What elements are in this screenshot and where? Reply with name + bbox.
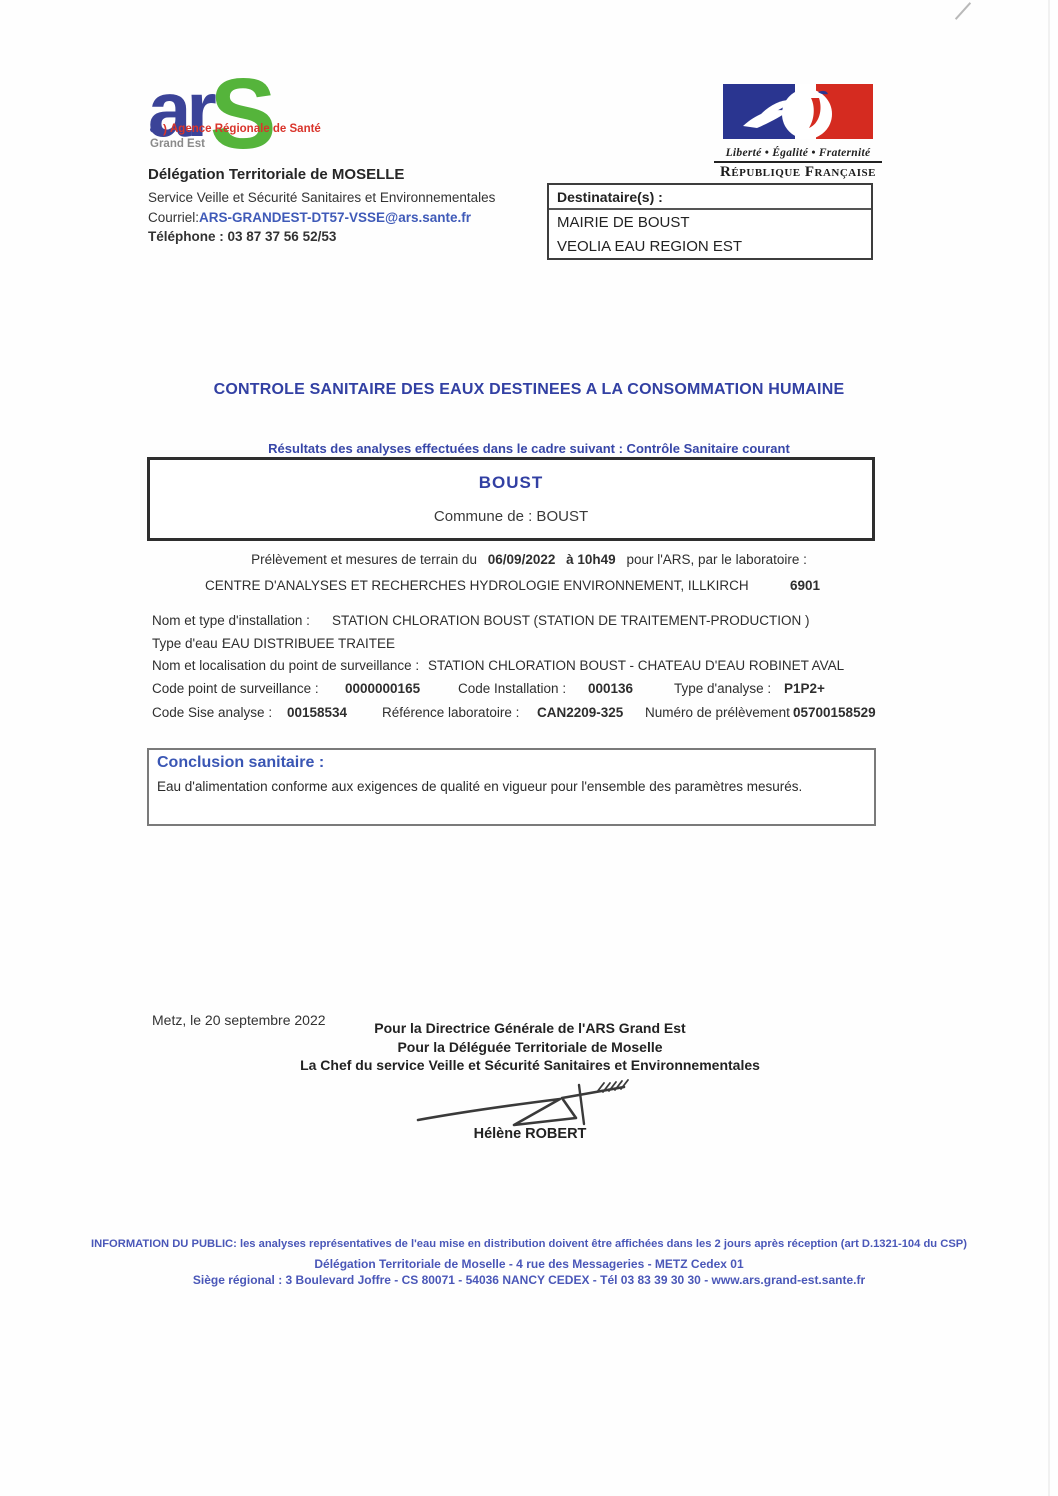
analysis-type-label: Type d'analyse :: [674, 681, 771, 696]
conclusion-text: Eau d'alimentation conforme aux exigence…: [149, 772, 874, 794]
email-label: Courriel:: [148, 210, 199, 225]
footer-address-1: Délégation Territoriale de Moselle - 4 r…: [0, 1257, 1058, 1271]
footer-address-2: Siège régional : 3 Boulevard Joffre - CS…: [0, 1273, 1058, 1287]
document-page: arS ) Agence Régionale de Santé Grand Es…: [0, 0, 1058, 1496]
recipients-box: Destinataire(s) : MAIRIE DE BOUST VEOLIA…: [547, 183, 873, 260]
sample-num-value: 05700158529: [793, 705, 876, 720]
sampling-intro-pre: Prélèvement et mesures de terrain du: [251, 552, 477, 567]
conclusion-title: Conclusion sanitaire :: [149, 750, 874, 772]
commune-name: BOUST: [150, 473, 872, 493]
republic-name: République Française: [714, 161, 882, 181]
sampling-time: à 10h49: [566, 552, 616, 567]
laboratory-row: CENTRE D'ANALYSES ET RECHERCHES HYDROLOG…: [0, 578, 1058, 598]
sampling-intro-post: pour l'ARS, par le laboratoire :: [626, 552, 806, 567]
surveillance-label: Nom et localisation du point de surveill…: [152, 658, 419, 673]
signature-scribble-icon: [412, 1072, 648, 1132]
signer-name: Hélène ROBERT: [240, 1126, 820, 1142]
republique-francaise-logo: Liberté • Égalité • Fraternité Républiqu…: [714, 84, 882, 181]
lab-ref-label: Référence laboratoire :: [382, 705, 519, 720]
analysis-type-value: P1P2+: [784, 681, 825, 696]
code-installation-value: 000136: [588, 681, 633, 696]
installation-value: STATION CHLORATION BOUST (STATION DE TRA…: [332, 613, 810, 628]
french-republic-flag-icon: [723, 84, 873, 139]
signature-title-line: Pour la Directrice Générale de l'ARS Gra…: [240, 1019, 820, 1038]
sampling-date: 06/09/2022: [488, 552, 556, 567]
code-installation-label: Code Installation :: [458, 681, 566, 696]
sampling-intro: Prélèvement et mesures de terrain du 06/…: [0, 552, 1058, 567]
ars-logo: arS ) Agence Régionale de Santé Grand Es…: [148, 52, 338, 152]
email-line: Courriel:ARS-GRANDEST-DT57-VSSE@ars.sant…: [148, 210, 568, 225]
recipients-label: Destinataire(s) :: [549, 185, 871, 210]
conclusion-box: Conclusion sanitaire : Eau d'alimentatio…: [147, 748, 876, 826]
footer-public-info: INFORMATION DU PUBLIC: les analyses repr…: [0, 1238, 1058, 1250]
signature-titles: Pour la Directrice Générale de l'ARS Gra…: [240, 1019, 820, 1075]
republic-motto: Liberté • Égalité • Fraternité: [714, 147, 882, 159]
scan-artifact: [955, 2, 971, 20]
ars-wordmark-icon: arS: [148, 52, 338, 152]
water-type-value: EAU DISTRIBUEE TRAITEE: [222, 636, 395, 651]
phone-line: Téléphone : 03 87 37 56 52/53: [148, 229, 568, 244]
code-point-label: Code point de surveillance :: [152, 681, 319, 696]
recipient-item: VEOLIA EAU REGION EST: [549, 234, 871, 258]
installation-label: Nom et type d'installation :: [152, 613, 310, 628]
signature-title-line: Pour la Déléguée Territoriale de Moselle: [240, 1038, 820, 1057]
sample-num-label: Numéro de prélèvement :: [645, 705, 797, 720]
commune-box: BOUST Commune de : BOUST: [147, 457, 875, 541]
service-line: Service Veille et Sécurité Sanitaires et…: [148, 190, 568, 205]
document-subtitle: Résultats des analyses effectuées dans l…: [0, 441, 1058, 456]
commune-line: Commune de : BOUST: [150, 508, 872, 525]
ars-agency-name: Agence Régionale de Santé: [170, 123, 321, 135]
water-type-label: Type d'eau :: [152, 636, 225, 651]
delegation-title: Délégation Territoriale de MOSELLE: [148, 166, 568, 183]
email-link[interactable]: ARS-GRANDEST-DT57-VSSE@ars.sante.fr: [199, 210, 471, 225]
code-point-value: 0000000165: [345, 681, 420, 696]
ars-dot-icon: [150, 126, 160, 133]
ars-paren-icon: ): [163, 122, 167, 136]
ars-wordmark-s: S: [210, 58, 277, 170]
document-title: CONTROLE SANITAIRE DES EAUX DESTINEES A …: [0, 381, 1058, 399]
surveillance-value: STATION CHLORATION BOUST - CHATEAU D'EAU…: [428, 658, 844, 673]
footer: INFORMATION DU PUBLIC: les analyses repr…: [0, 1238, 1058, 1287]
laboratory-name: CENTRE D'ANALYSES ET RECHERCHES HYDROLOG…: [205, 578, 749, 593]
sise-label: Code Sise analyse :: [152, 705, 272, 720]
sise-value: 00158534: [287, 705, 347, 720]
recipient-item: MAIRIE DE BOUST: [549, 210, 871, 234]
sender-block: Délégation Territoriale de MOSELLE Servi…: [148, 166, 568, 244]
lab-ref-value: CAN2209-325: [537, 705, 623, 720]
scan-edge-shadow: [1048, 0, 1050, 1496]
ars-region-label: Grand Est: [150, 138, 205, 150]
laboratory-code: 6901: [790, 578, 820, 593]
